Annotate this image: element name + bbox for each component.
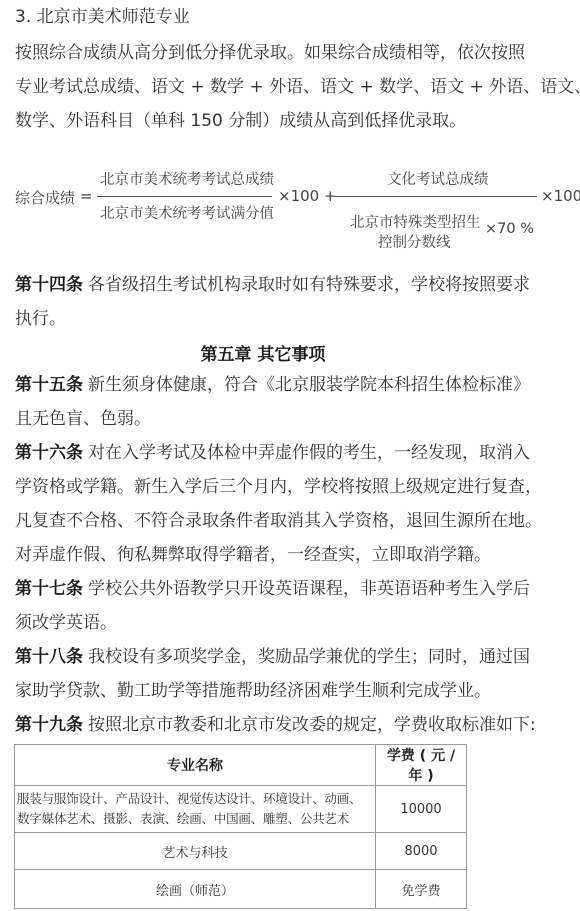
fraction1-denominator: 北京市美术统考考试满分值 xyxy=(100,202,274,223)
header-major-name: 专业名称 xyxy=(15,745,376,786)
tuition-fee-table: 专业名称 学费 ( 元 / 年 ) 服装与服饰设计、产品设计、视觉传达设计、环境… xyxy=(14,744,467,909)
articles-block: 第十四条各省级招生考试机构录取时如有特殊要求，学校将按照要求 执行。 第五章 其… xyxy=(15,268,525,742)
article-text: 执行。 xyxy=(15,302,525,336)
formula-label: 综合成绩 xyxy=(15,187,75,208)
article-text: 家助学贷款、勤工助学等措施帮助经济困难学生顺利完成学业。 xyxy=(15,674,525,708)
article-text: 按照北京市教委和北京市发改委的规定，学费收取标准如下: xyxy=(88,715,536,735)
article-label: 第十七条 xyxy=(15,579,83,599)
section-title-text: 3. 北京市美术师范专业 xyxy=(15,0,190,34)
article-text: 且无色盲、色弱。 xyxy=(15,402,525,436)
article-text: 新生须身体健康，符合《北京服装学院本科招生体检标准》 xyxy=(88,375,530,395)
article-17: 第十七条学校公共外语教学只开设英语课程，非英语语种考生入学后 须改学英语。 xyxy=(15,572,525,640)
fee-cell: 10000 xyxy=(376,786,467,833)
fee-cell: 免学费 xyxy=(376,870,467,909)
table-row: 服装与服饰设计、产品设计、视觉传达设计、环境设计、动画、 数字媒体艺术、摄影、表… xyxy=(15,786,467,833)
article-text: 我校设有多项奖学金，奖励品学兼优的学生；同时，通过国 xyxy=(88,647,530,667)
composite-score-formula: 综合成绩 = 北京市美术统考考试总成绩 北京市美术统考考试满分值 ×100 + … xyxy=(0,150,580,260)
article-label: 第十六条 xyxy=(15,443,83,463)
article-16: 第十六条对在入学考试及体检中弄虚作假的考生，一经发现，取消入 学资格或学籍。新生… xyxy=(15,436,525,572)
major-line: 数字媒体艺术、摄影、表演、绘画、中国画、雕塑、公共艺术 xyxy=(17,809,373,829)
chapter-heading: 第五章 其它事项 xyxy=(15,336,511,368)
fraction2-denominator-line2: 控制分数线 xyxy=(378,231,451,252)
article-label: 第十九条 xyxy=(15,715,83,735)
paragraph-line: 按照综合成绩从高分到低分择优录取。如果综合成绩相等，依次按照 xyxy=(15,36,580,70)
article-text: 须改学英语。 xyxy=(15,606,525,640)
section-title: 3. 北京市美术师范专业 xyxy=(15,0,190,34)
paragraph-line: 专业考试总成绩、语文 + 数学 + 外语、语文 + 数学、语文 + 外语、语文、 xyxy=(15,70,580,104)
times-100-end: ×100 xyxy=(541,187,580,205)
article-15: 第十五条新生须身体健康，符合《北京服装学院本科招生体检标准》 且无色盲、色弱。 xyxy=(15,368,525,436)
table-row: 绘画（师范） 免学费 xyxy=(15,870,467,909)
article-text: 学校公共外语教学只开设英语课程，非英语语种考生入学后 xyxy=(88,579,530,599)
times-70-percent: ×70 % xyxy=(485,221,534,237)
article-label: 第十五条 xyxy=(15,375,83,395)
table-header-row: 专业名称 学费 ( 元 / 年 ) xyxy=(15,745,467,786)
article-text: 凡复查不合格、不符合录取条件者取消其入学资格，退回生源所在地。 xyxy=(15,504,525,538)
paragraph-line: 数学、外语科目（单科 150 分制）成绩从高到低择优录取。 xyxy=(15,104,580,138)
formula-equals: = xyxy=(80,187,93,205)
article-19: 第十九条按照北京市教委和北京市发改委的规定，学费收取标准如下: xyxy=(15,708,525,742)
article-18: 第十八条我校设有多项奖学金，奖励品学兼优的学生；同时，通过国 家助学贷款、勤工助… xyxy=(15,640,525,708)
times-100-plus: ×100 + xyxy=(278,187,337,205)
article-text: 对弄虚作假、徇私舞弊取得学籍者，一经查实，立即取消学籍。 xyxy=(15,538,525,572)
article-text: 各省级招生考试机构录取时如有特殊要求，学校将按照要求 xyxy=(88,275,530,295)
major-cell: 艺术与科技 xyxy=(15,833,376,870)
article-text: 对在入学考试及体检中弄虚作假的考生，一经发现，取消入 xyxy=(88,443,530,463)
fraction1-bar xyxy=(97,196,272,197)
article-label: 第十八条 xyxy=(15,647,83,667)
section3-paragraph: 按照综合成绩从高分到低分择优录取。如果综合成绩相等，依次按照 专业考试总成绩、语… xyxy=(15,36,580,138)
major-line: 服装与服饰设计、产品设计、视觉传达设计、环境设计、动画、 xyxy=(17,789,373,809)
table-row: 艺术与科技 8000 xyxy=(15,833,467,870)
header-tuition: 学费 ( 元 / 年 ) xyxy=(376,745,467,786)
major-cell: 绘画（师范） xyxy=(15,870,376,909)
fee-cell: 8000 xyxy=(376,833,467,870)
fraction2-numerator: 文化考试总成绩 xyxy=(387,168,489,189)
fraction1-numerator: 北京市美术统考考试总成绩 xyxy=(100,168,274,189)
article-14: 第十四条各省级招生考试机构录取时如有特殊要求，学校将按照要求 执行。 xyxy=(15,268,525,336)
article-label: 第十四条 xyxy=(15,275,83,295)
article-text: 学资格或学籍。新生入学后三个月内，学校将按照上级规定进行复查， xyxy=(15,470,525,504)
fraction2-denominator-line1: 北京市特殊类型招生 xyxy=(350,211,481,232)
fraction2-bar xyxy=(335,196,537,197)
major-cell: 服装与服饰设计、产品设计、视觉传达设计、环境设计、动画、 数字媒体艺术、摄影、表… xyxy=(15,786,376,833)
